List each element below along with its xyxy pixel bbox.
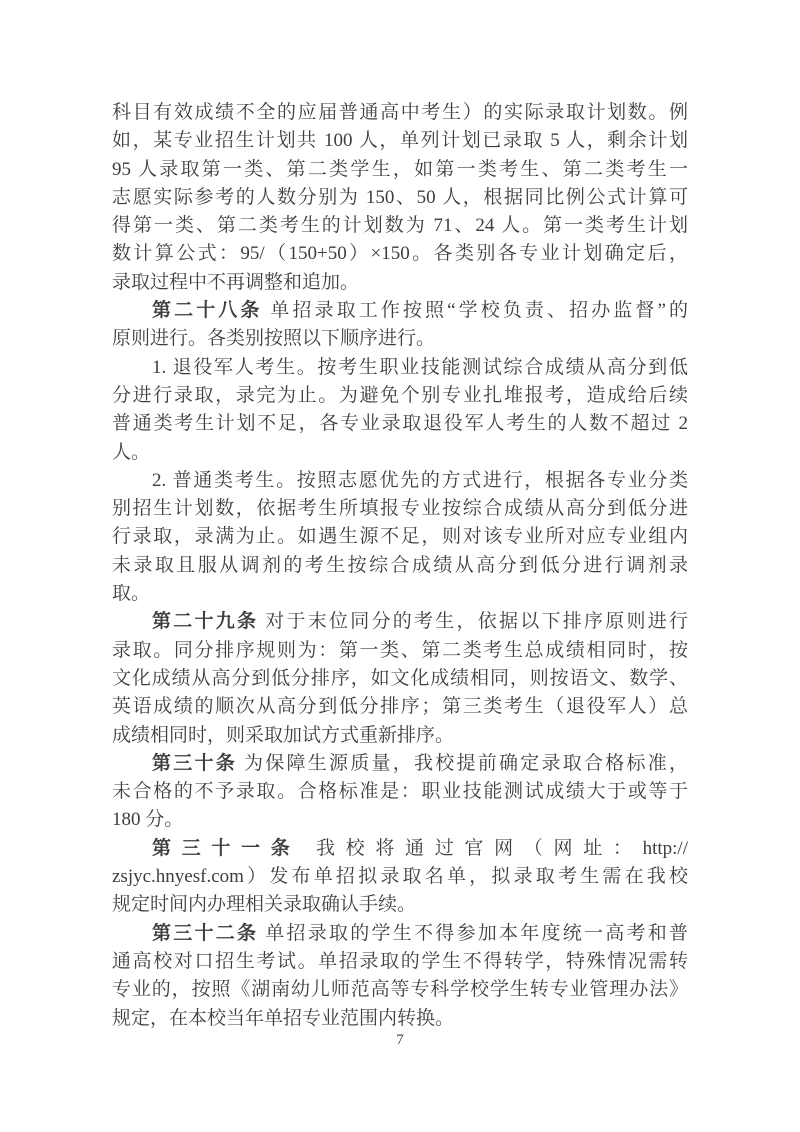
text-line: 未录取且服从调剂的考生按综合成绩从高分到低分进行调剂录 <box>112 552 688 580</box>
article-line: 第二十九条 对于末位同分的考生，依据以下排序原则进行 <box>112 608 688 636</box>
article-line: 第三十条 为保障生源质量，我校提前确定录取合格标准， <box>112 750 688 778</box>
text-line: 科目有效成绩不全的应届普通高中考生）的实际录取计划数。例 <box>112 99 688 127</box>
text-line: 如，某专业招生计划共 100 人，单列计划已录取 5 人，剩余计划 <box>112 127 688 155</box>
article-line: 第三十一条 我校将通过官网（网址：http:// <box>112 835 688 863</box>
article-number: 第二十八条 <box>152 300 262 321</box>
text-line: 得第一类、第二类考生的计划数为 71、24 人。第一类考生计划 <box>112 212 688 240</box>
article-number: 第三十条 <box>152 753 237 774</box>
article-number: 第三十二条 <box>152 923 258 944</box>
text-line: zsjyc.hnyesf.com）发布单招拟录取名单，拟录取考生需在我校 <box>112 863 688 891</box>
text-line: 人。 <box>112 439 688 467</box>
text-line: 2. 普通类考生。按照志愿优先的方式进行，根据各专业分类 <box>112 467 688 495</box>
text-line: 行录取，录满为止。如遇生源不足，则对该专业所对应专业组内 <box>112 523 688 551</box>
text-line: 取。 <box>112 580 688 608</box>
text-line: 原则进行。各类别按照以下顺序进行。 <box>112 325 688 353</box>
text-line: 文化成绩从高分到低分排序，如文化成绩相同，则按语文、数学、 <box>112 665 688 693</box>
text-line: 普通类考生计划不足，各专业录取退役军人考生的人数不超过 2 <box>112 410 688 438</box>
article-number: 第三十一条 <box>152 838 300 859</box>
text-line: 录取过程中不再调整和追加。 <box>112 269 688 297</box>
text-line: 别招生计划数，依据考生所填报专业按综合成绩从高分到低分进 <box>112 495 688 523</box>
text-line: 规定时间内办理相关录取确认手续。 <box>112 891 688 919</box>
article-line: 第二十八条 单招录取工作按照“学校负责、招办监督”的 <box>112 297 688 325</box>
text-line: 志愿实际参考的人数分别为 150、50 人，根据同比例公式计算可 <box>112 184 688 212</box>
text-line: 专业的，按照《湖南幼儿师范高等专科学校学生转专业管理办法》 <box>112 976 688 1004</box>
article-number: 第二十九条 <box>152 611 258 632</box>
text-line: 英语成绩的顺次从高分到低分排序；第三类考生（退役军人）总 <box>112 693 688 721</box>
document-body: 科目有效成绩不全的应届普通高中考生）的实际录取计划数。例如，某专业招生计划共 1… <box>112 99 688 1033</box>
text-line: 录取。同分排序规则为：第一类、第二类考生总成绩相同时，按 <box>112 637 688 665</box>
text-line: 数计算公式：95/（150+50）×150。各类别各专业计划确定后， <box>112 240 688 268</box>
text-line: 成绩相同时，则采取加试方式重新排序。 <box>112 722 688 750</box>
text-line: 分进行录取，录完为止。为避免个别专业扎堆报考，造成给后续 <box>112 382 688 410</box>
document-page: 科目有效成绩不全的应届普通高中考生）的实际录取计划数。例如，某专业招生计划共 1… <box>0 0 800 1132</box>
text-line: 1. 退役军人考生。按考生职业技能测试综合成绩从高分到低 <box>112 354 688 382</box>
text-line: 通高校对口招生考试。单招录取的学生不得转学，特殊情况需转 <box>112 948 688 976</box>
text-line: 未合格的不予录取。合格标准是：职业技能测试成绩大于或等于 <box>112 778 688 806</box>
page-number: 7 <box>0 1029 800 1051</box>
text-line: 95 人录取第一类、第二类学生，如第一类考生、第二类考生一 <box>112 156 688 184</box>
article-line: 第三十二条 单招录取的学生不得参加本年度统一高考和普 <box>112 920 688 948</box>
text-line: 180 分。 <box>112 806 688 834</box>
